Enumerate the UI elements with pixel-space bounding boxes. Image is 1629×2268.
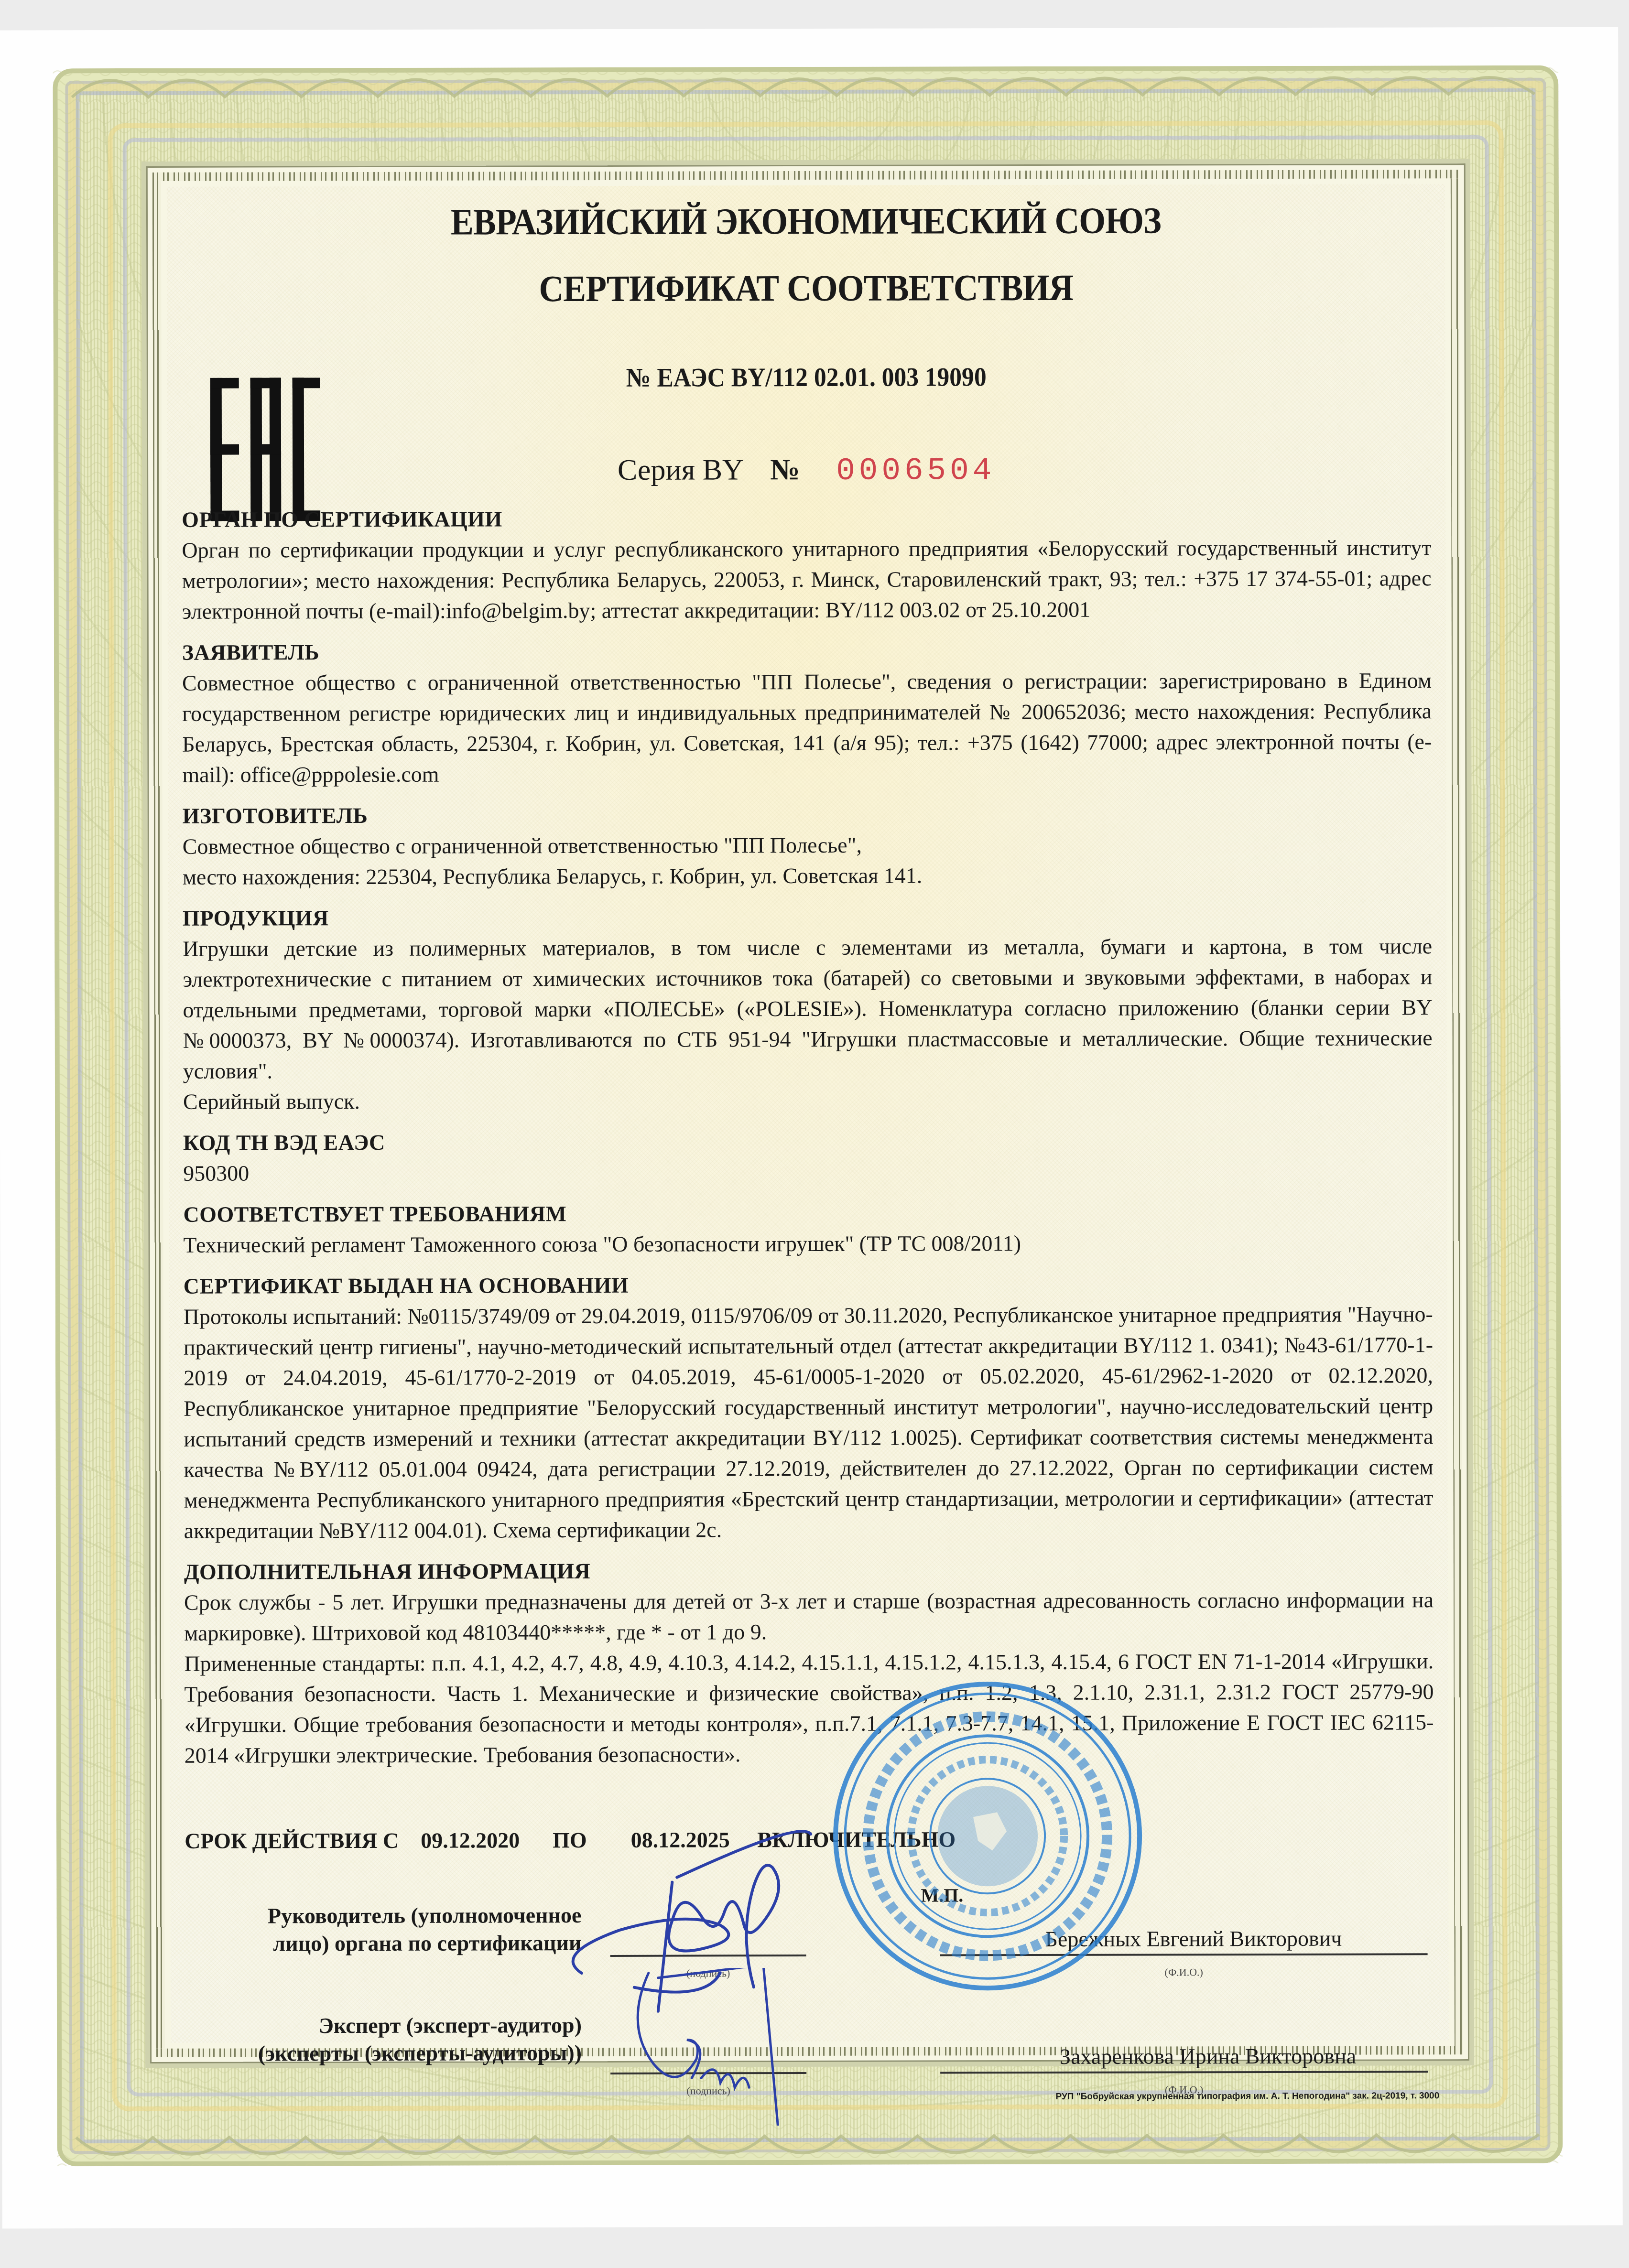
- section-text: Игрушки детские из полимерных материалов…: [183, 931, 1433, 1086]
- section-manufacturer: ИЗГОТОВИТЕЛЬ Совместное общество с огран…: [183, 798, 1432, 892]
- head-handwritten-signature: [562, 1829, 830, 2030]
- series-label: Серия BY: [618, 454, 744, 486]
- validity-inclusive-label: ВКЛЮЧИТЕЛЬНО: [757, 1827, 956, 1852]
- section-heading: ОРГАН ПО СЕРТИФИКАЦИИ: [182, 502, 1431, 535]
- eac-logo-icon: [210, 378, 321, 521]
- section-applicant: ЗАЯВИТЕЛЬ Совместное общество с ограниче…: [182, 635, 1432, 790]
- section-heading: СЕРТИФИКАТ ВЫДАН НА ОСНОВАНИИ: [184, 1268, 1433, 1301]
- section-heading: ПРОДУКЦИЯ: [183, 900, 1432, 933]
- validity-period: СРОК ДЕЙСТВИЯ С 09.12.2020 ПО 08.12.2025…: [185, 1826, 956, 1853]
- validity-date-from: 09.12.2020: [421, 1828, 520, 1852]
- validity-to-label: ПО: [553, 1828, 587, 1852]
- inner-frame: ЕВРАЗИЙСКИЙ ЭКОНОМИЧЕСКИЙ СОЮЗ СЕРТИФИКА…: [141, 159, 1474, 2068]
- section-text: Срок службы - 5 лет. Игрушки предназначе…: [184, 1585, 1434, 1648]
- certificate-paper: ЕВРАЗИЙСКИЙ ЭКОНОМИЧЕСКИЙ СОЮЗ СЕРТИФИКА…: [0, 27, 1623, 2228]
- head-signature-line: [610, 1955, 806, 1957]
- section-text: Серийный выпуск.: [183, 1084, 1433, 1117]
- section-text: 950300: [183, 1156, 1433, 1188]
- section-certification-body: ОРГАН ПО СЕРТИФИКАЦИИ Орган по сертифика…: [182, 502, 1432, 626]
- section-heading: ИЗГОТОВИТЕЛЬ: [183, 798, 1432, 831]
- number-sign: №: [770, 454, 800, 486]
- expert-signature-row: Эксперт (эксперт-аудитор) (эксперты (экс…: [171, 2009, 1434, 2012]
- section-heading: КОД ТН ВЭД ЕАЭС: [183, 1125, 1433, 1158]
- expert-signature-line: [610, 2072, 806, 2074]
- head-signature-caption: (подпись): [610, 1959, 806, 1987]
- union-title: ЕВРАЗИЙСКИЙ ЭКОНОМИЧЕСКИЙ СОЮЗ: [218, 198, 1394, 244]
- certificate-number: № ЕАЭС BY/112 02.01. 003 19090: [218, 361, 1394, 394]
- blank-number: 0006504: [836, 453, 995, 489]
- blank-series: Серия BY № 0006504: [167, 452, 1445, 490]
- validity-date-to: 08.12.2025: [631, 1827, 730, 1852]
- head-role-line2: лицо) органа по сертификации: [171, 1929, 582, 1958]
- section-text: Совместное общество с ограниченной ответ…: [183, 829, 1432, 862]
- head-name-line: [940, 1953, 1428, 1956]
- section-heading: ДОПОЛНИТЕЛЬНАЯ ИНФОРМАЦИЯ: [184, 1554, 1434, 1587]
- expert-role-line1: Эксперт (эксперт-аудитор): [171, 2011, 582, 2040]
- expert-role-line2: (эксперты (эксперты-аудиторы)): [171, 2039, 582, 2068]
- validity-from-label: СРОК ДЕЙСТВИЯ С: [185, 1828, 399, 1853]
- certificate-body: ОРГАН ПО СЕРТИФИКАЦИИ Орган по сертифика…: [182, 502, 1434, 1781]
- head-signature-row: Руководитель (уполномоченное лицо) орган…: [170, 1900, 1434, 1902]
- section-text: Примененные стандарты: п.п. 4.1, 4.2, 4.…: [184, 1646, 1434, 1771]
- section-additional-info: ДОПОЛНИТЕЛЬНАЯ ИНФОРМАЦИЯ Срок службы - …: [184, 1554, 1434, 1771]
- expert-signature-caption: (подпись): [610, 2077, 806, 2105]
- section-text: Орган по сертификации продукции и услуг …: [182, 532, 1431, 626]
- section-issued-on-basis: СЕРТИФИКАТ ВЫДАН НА ОСНОВАНИИ Протоколы …: [184, 1268, 1434, 1546]
- section-heading: СООТВЕТСТВУЕТ ТРЕБОВАНИЯМ: [183, 1197, 1433, 1230]
- section-hs-code: КОД ТН ВЭД ЕАЭС 950300: [183, 1125, 1433, 1188]
- section-conforms-to: СООТВЕТСТВУЕТ ТРЕБОВАНИЯМ Технический ре…: [183, 1197, 1433, 1260]
- certificate-content: ЕВРАЗИЙСКИЙ ЭКОНОМИЧЕСКИЙ СОЮЗ СЕРТИФИКА…: [167, 184, 1449, 2043]
- section-product: ПРОДУКЦИЯ Игрушки детские из полимерных …: [183, 900, 1433, 1117]
- printer-imprint: РУП "Бобруйская укрупненная типография и…: [1055, 2091, 1439, 2102]
- expert-name: Захаренкова Ирина Викторовна: [1060, 2042, 1356, 2071]
- head-name-caption: (Ф.И.О.): [940, 1958, 1428, 1987]
- section-text: Протоколы испытаний: №0115/3749/09 от 29…: [184, 1299, 1434, 1546]
- head-role-line1: Руководитель (уполномоченное: [170, 1901, 581, 1930]
- section-heading: ЗАЯВИТЕЛЬ: [182, 635, 1432, 668]
- section-text: место нахождения: 225304, Республика Бел…: [183, 859, 1432, 892]
- section-text: Технический регламент Таможенного союза …: [183, 1227, 1433, 1260]
- document-title: СЕРТИФИКАТ СООТВЕТСТВИЯ: [218, 265, 1394, 311]
- section-text: Совместное общество с ограниченной ответ…: [182, 665, 1432, 790]
- stamp-label: М.П.: [921, 1881, 963, 1909]
- head-name: Бережных Евгений Викторович: [1045, 1925, 1342, 1953]
